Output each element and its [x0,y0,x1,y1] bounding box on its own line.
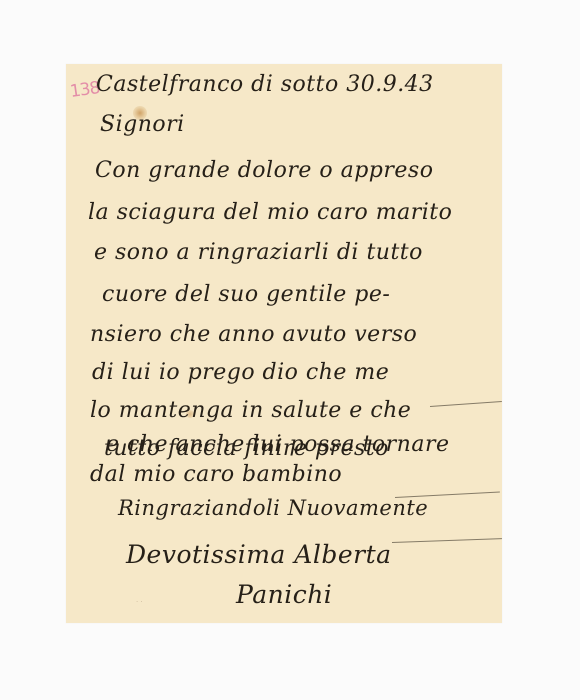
signature-surname: Panichi [236,580,332,609]
letter-salutation: Signori [100,112,185,137]
letter-body-line: la sciagura del mio caro marito [88,200,452,225]
letter-place-date: Castelfranco di sotto 30.9.43 [96,72,434,97]
letter-body-line: cuore del suo gentile pe- [102,282,390,307]
letter-body-line: Con grande dolore o appreso [95,158,433,183]
letter-body-line: nsiero che anno avuto verso [90,322,417,347]
letter-body-line: lo mantenga in salute e che [90,398,411,423]
letter-body-line: e sono a ringraziarli di tutto [94,240,423,265]
letter-body-line: dal mio caro bambino [90,462,342,487]
signature-line-1: Devotissima Alberta [126,540,392,569]
letter-closing: Ringraziandoli Nuovamente [118,496,428,520]
faint-pencil-mark: . . [136,596,143,604]
letter-body-line: e che anche lui possa tornare [106,432,449,457]
letter-body-line: di lui io prego dio che me [92,360,389,385]
